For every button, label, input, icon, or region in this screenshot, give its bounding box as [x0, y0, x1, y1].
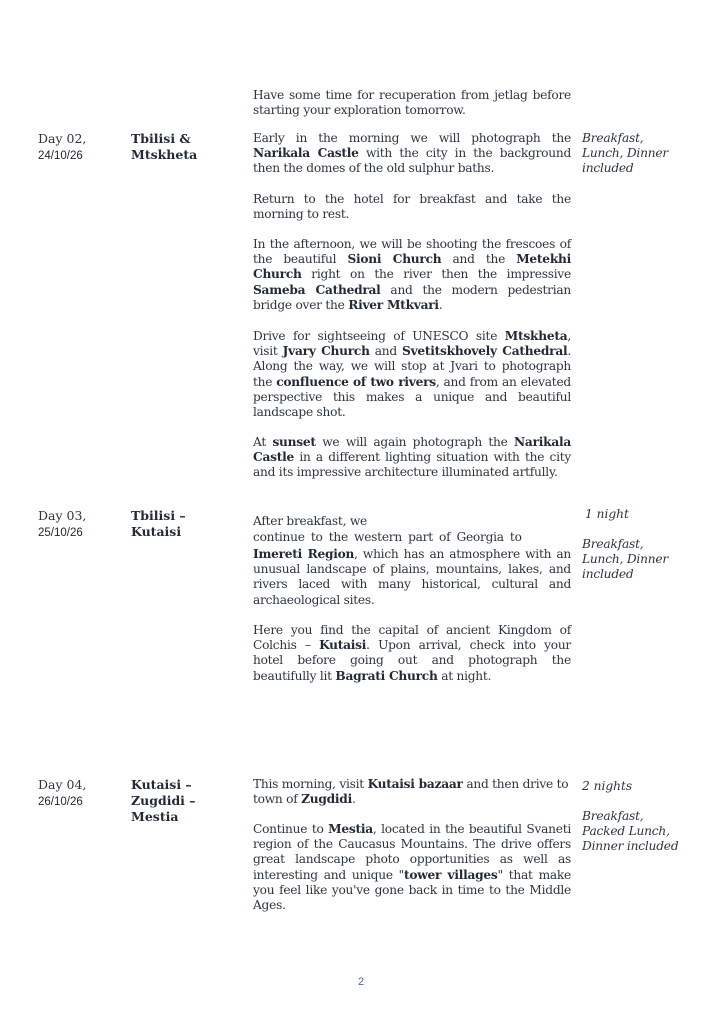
- day-paragraph: continue to the western part of Georgia …: [253, 530, 571, 545]
- intro-paragraph: Have some time for recuperation from jet…: [253, 88, 571, 118]
- day-paragraph: Return to the hotel for breakfast and ta…: [253, 192, 571, 222]
- highlighted-term: sunset: [272, 435, 315, 449]
- day-meals: Breakfast, Packed Lunch, Dinner included: [582, 809, 717, 855]
- page-number: 2: [358, 976, 364, 988]
- highlighted-term: Mestia: [328, 822, 373, 836]
- highlighted-term: confluence of two rivers: [276, 375, 436, 389]
- meals-line: included: [582, 567, 717, 582]
- day-paragraph: At sunset we will again photograph the N…: [253, 435, 571, 481]
- day-paragraph: Continue to Mestia, located in the beaut…: [253, 822, 571, 913]
- day-paragraph: This morning, visit Kutaisi bazaar and t…: [253, 777, 571, 807]
- place-line: Tbilisi –: [131, 508, 231, 524]
- day-nights: 2 nights: [582, 779, 632, 794]
- highlighted-term: Sameba Cathedral: [253, 283, 381, 297]
- place-line: Zugdidi –: [131, 793, 231, 809]
- highlighted-term: Zugdidi: [301, 792, 352, 806]
- highlighted-term: River Mtkvari: [348, 298, 439, 312]
- meals-line: Packed Lunch,: [582, 824, 717, 839]
- highlighted-term: Jvary Church: [283, 344, 370, 358]
- place-line: Tbilisi &: [131, 131, 231, 147]
- place-line: Kutaisi: [131, 524, 231, 540]
- day-paragraph: After breakfast, we: [253, 514, 571, 529]
- place-line: Mestia: [131, 809, 231, 825]
- day-label: Day 02, 24/10/26: [38, 131, 86, 164]
- day-number: Day 03,: [38, 508, 86, 523]
- day-meals: Breakfast, Lunch, Dinner included: [582, 131, 717, 177]
- highlighted-term: Mtskheta: [505, 329, 568, 343]
- highlighted-term: Bagrati Church: [335, 669, 437, 683]
- day-paragraph: Here you find the capital of ancient Kin…: [253, 623, 571, 684]
- day-date: 25/10/26: [38, 525, 86, 541]
- meals-line: Dinner included: [582, 839, 717, 854]
- meals-line: Breakfast,: [582, 131, 717, 146]
- place-line: Kutaisi –: [131, 777, 231, 793]
- day-paragraph: Drive for sightseeing of UNESCO site Mts…: [253, 329, 571, 420]
- day-date: 26/10/26: [38, 794, 86, 810]
- highlighted-term: Kutaisi: [319, 638, 366, 652]
- meals-line: Lunch, Dinner: [582, 552, 717, 567]
- meals-line: Breakfast,: [582, 809, 717, 824]
- day-meals: Breakfast, Lunch, Dinner included: [582, 537, 717, 583]
- meals-line: included: [582, 161, 717, 176]
- highlighted-term: tower villages: [404, 868, 497, 882]
- day-label: Day 03, 25/10/26: [38, 508, 86, 541]
- day-place: Tbilisi – Kutaisi: [131, 508, 231, 540]
- day-paragraph: Imereti Region, which has an atmosphere …: [253, 547, 571, 608]
- day-number: Day 02,: [38, 131, 86, 146]
- highlighted-term: Svetitskhovely Cathedral: [402, 344, 567, 358]
- meals-line: Breakfast,: [582, 537, 717, 552]
- day-number: Day 04,: [38, 777, 86, 792]
- day-paragraph: Early in the morning we will photograph …: [253, 131, 571, 177]
- day-nights: 1 night: [585, 507, 629, 522]
- day-paragraph: In the afternoon, we will be shooting th…: [253, 237, 571, 313]
- highlighted-term: Sioni Church: [347, 252, 441, 266]
- document-page: Have some time for recuperation from jet…: [0, 0, 724, 1024]
- place-line: Mtskheta: [131, 147, 231, 163]
- day-date: 24/10/26: [38, 148, 86, 164]
- meals-line: Lunch, Dinner: [582, 146, 717, 161]
- highlighted-term: Kutaisi bazaar: [368, 777, 463, 791]
- highlighted-term: Narikala Castle: [253, 146, 359, 160]
- day-place: Kutaisi – Zugdidi – Mestia: [131, 777, 231, 825]
- day-place: Tbilisi & Mtskheta: [131, 131, 231, 163]
- highlighted-term: Imereti Region: [253, 547, 354, 561]
- day-label: Day 04, 26/10/26: [38, 777, 86, 810]
